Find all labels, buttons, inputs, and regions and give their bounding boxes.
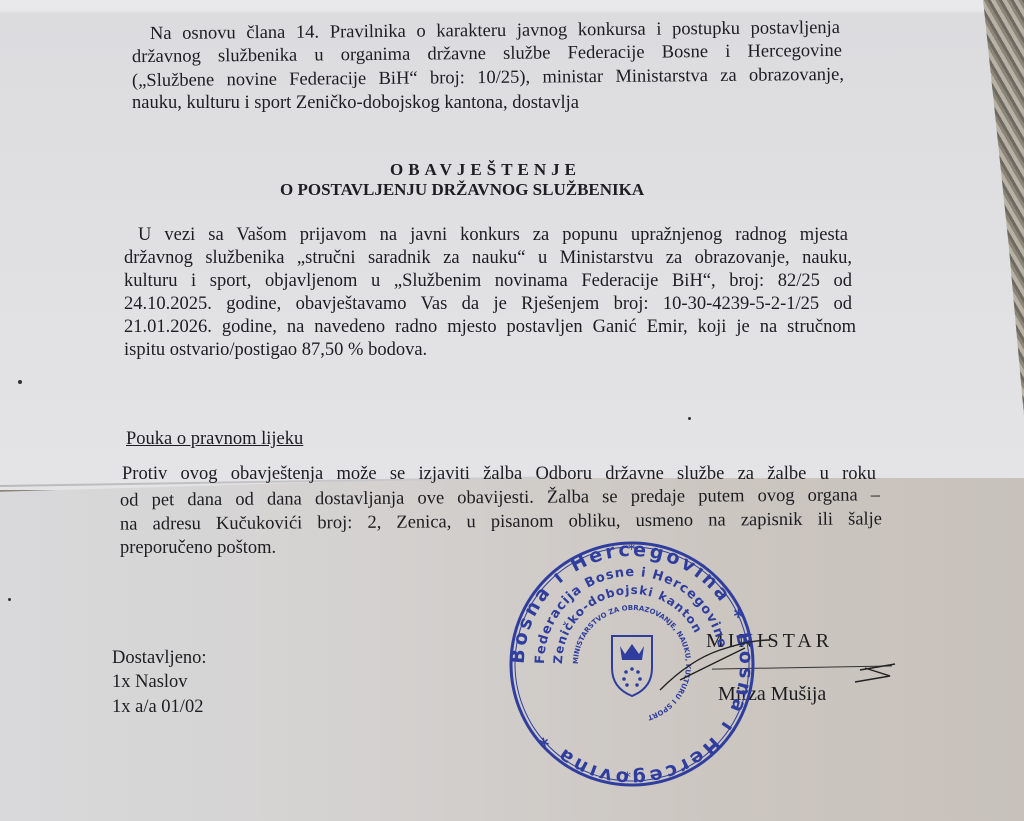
legal-line: preporučeno poštom. — [120, 537, 276, 559]
body-line: U vezi sa Vašom prijavom na javni konkur… — [138, 224, 848, 246]
intro-line: nauku, kulturu i sport Zeničko-dobojskog… — [132, 92, 579, 114]
body-line: ispitu ostvario/postigao 87,50 % bodova. — [124, 339, 427, 361]
delivered-item: 1x a/a 01/02 — [112, 696, 203, 718]
paper-speck — [8, 598, 11, 601]
body-line: državnog službenika „stručni saradnik za… — [124, 247, 852, 269]
handwritten-signature — [650, 620, 910, 710]
svg-text:*: * — [628, 542, 635, 558]
delivered-item: 1x Naslov — [112, 671, 188, 693]
document-title: OBAVJEŠTENJE — [390, 160, 581, 180]
svg-text:*: * — [624, 770, 631, 786]
legal-line: Protiv ovog obavještenja može se izjavit… — [122, 463, 876, 485]
body-line: 24.10.2025. godine, obavještavamo Vas da… — [124, 293, 852, 315]
body-line: 21.01.2026. godine, na navedeno radno mj… — [124, 316, 856, 338]
legal-remedy-heading: Pouka o pravnom lijeku — [126, 428, 303, 450]
paper-speck — [18, 380, 22, 384]
body-line: kulturu i sport, objavljenom u „Službeni… — [124, 270, 852, 292]
delivered-label: Dostavljeno: — [112, 647, 207, 669]
coat-of-arms-icon — [612, 636, 652, 696]
paper-speck — [688, 417, 691, 420]
document-subtitle: O POSTAVLJENJU DRŽAVNOG SLUŽBENIKA — [280, 180, 644, 200]
